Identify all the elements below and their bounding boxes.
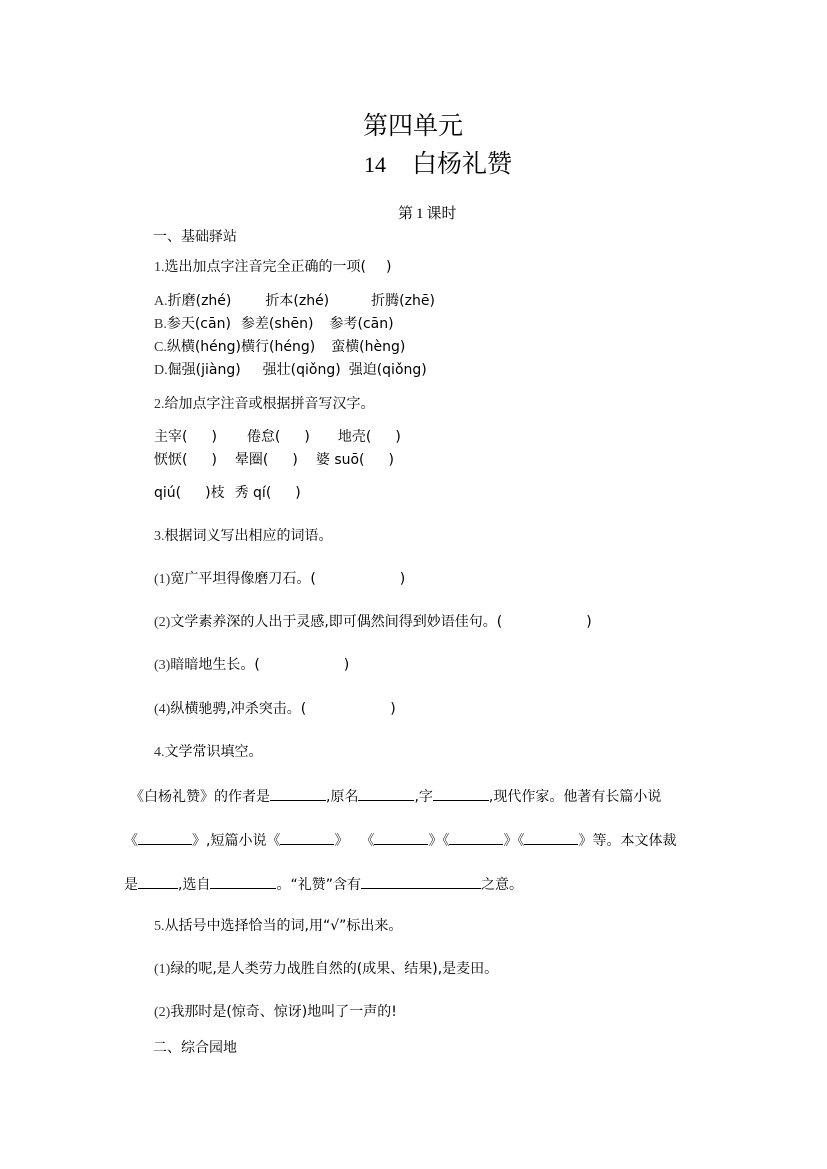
q4-text: 》,短篇小说《	[192, 833, 280, 849]
q2-text: 给加点字注音或根据拼音写汉字。	[165, 396, 375, 412]
q5-item-1: (1)绿的呢,是人类劳力战胜自然的(成果、结果),是麦田。	[154, 960, 498, 979]
q4-text: 是	[124, 877, 138, 893]
q3-item-1: (1)宽广平坦得像磨刀石。()	[154, 570, 405, 589]
item-label: (3)	[154, 658, 170, 673]
option-item: 倔强(jiàng)	[168, 362, 241, 378]
item-label: (2)	[154, 615, 170, 630]
option-item: 参天(cān)	[167, 316, 231, 332]
q2-item: )	[211, 429, 216, 445]
period-suffix: 课时	[427, 204, 457, 222]
lesson-number: 14	[364, 152, 386, 177]
q2-item: 主宰(	[154, 429, 187, 445]
option-label: B.	[154, 317, 167, 332]
period-number: 1	[416, 206, 424, 222]
q4-number: 4.	[154, 745, 165, 760]
q2-row-1: 主宰()倦怠()地壳()	[154, 428, 401, 446]
q1-number: 1.	[154, 260, 165, 275]
q4-text: 。“礼赞”含有	[276, 877, 361, 893]
q5-prompt: 5.从括号中选择恰当的词,用“√”标出来。	[154, 917, 402, 936]
option-label: A.	[154, 294, 168, 309]
q3-item-4: (4)纵横驰骋,冲杀突击。()	[154, 700, 396, 719]
q4-text: 《	[360, 833, 374, 849]
fill-blank[interactable]	[358, 786, 414, 801]
q4-text: ,字	[414, 789, 432, 805]
q4-text: 《白杨礼赞》的作者是	[130, 789, 270, 805]
option-item: 横行(héng)	[241, 339, 315, 355]
q2-item: )	[395, 429, 400, 445]
q4-line-2: 《》,短篇小说《》《》《》《》等。本文体裁	[124, 830, 676, 850]
item-text: 宽广平坦得像磨刀石。(	[170, 571, 315, 587]
q2-item: 秀 qí(	[235, 485, 272, 501]
q1-close: )	[386, 259, 391, 275]
q2-item: 恹恹(	[154, 452, 187, 468]
q3-item-2: (2)文学素养深的人出于灵感,即可偶然间得到妙语佳句。()	[154, 613, 592, 632]
item-label: (2)	[154, 1005, 170, 1020]
option-item: 折磨(zhé)	[168, 293, 232, 309]
q1-option-b: B.参天(cān)参差(shēn)参考(cān)	[154, 315, 394, 334]
item-close: )	[400, 571, 405, 587]
q1-text: 选出加点字注音完全正确的一项(	[165, 259, 366, 275]
q4-text: 》等。本文体裁	[578, 833, 676, 849]
item-text: 纵横驰骋,冲杀突击。(	[170, 701, 306, 717]
option-item: 强迫(qiǒng)	[349, 362, 427, 378]
item-text: 文学素养深的人出于灵感,即可偶然间得到妙语佳句。(	[170, 614, 502, 630]
section-2-title: 二、综合园地	[153, 1037, 237, 1057]
q4-text: 》《	[503, 833, 524, 849]
q1-option-c: C.纵横(héng)横行(héng)蛮横(hèng)	[154, 338, 405, 357]
q5-item-2: (2)我那时是(惊奇、惊讶)地叫了一声的!	[154, 1003, 397, 1022]
item-close: )	[390, 701, 395, 717]
item-label: (4)	[154, 702, 170, 717]
q4-prompt: 4.文学常识填空。	[154, 743, 263, 762]
fill-blank[interactable]	[138, 874, 178, 889]
q5-text: 从括号中选择恰当的词,用“√”标出来。	[165, 918, 403, 934]
option-item: 折腾(zhē)	[371, 293, 435, 309]
item-label: (1)	[154, 962, 170, 977]
option-item: 折本(zhé)	[265, 293, 329, 309]
q2-item: 晕圈(	[235, 452, 268, 468]
fill-blank[interactable]	[270, 786, 326, 801]
q1-option-d: D.倔强(jiàng)强壮(qiǒng)强迫(qiǒng)	[154, 361, 427, 380]
q2-item: )	[295, 485, 300, 501]
q4-text: ,选自	[178, 877, 210, 893]
fill-blank[interactable]	[449, 830, 503, 845]
section-1-title: 一、基础驿站	[153, 226, 237, 246]
q5-number: 5.	[154, 919, 165, 934]
fill-blank[interactable]	[374, 830, 428, 845]
item-close: )	[586, 614, 591, 630]
option-label: C.	[154, 340, 167, 355]
q4-text: ,现代作家。他著有长篇小说	[489, 789, 661, 805]
option-label: D.	[154, 363, 168, 378]
q2-number: 2.	[154, 397, 165, 412]
item-label: (1)	[154, 572, 170, 587]
option-item: 强壮(qiǒng)	[263, 362, 341, 378]
lesson-name: 白杨礼赞	[412, 149, 512, 178]
option-item: 参考(cān)	[330, 316, 394, 332]
fill-blank[interactable]	[280, 830, 334, 845]
option-item: 蛮横(hèng)	[331, 339, 405, 355]
option-item: 纵横(héng)	[167, 339, 241, 355]
lesson-title: 14白杨礼赞	[364, 144, 512, 180]
q4-text: ,原名	[326, 789, 358, 805]
item-text: 暗暗地生长。(	[170, 657, 259, 673]
q4-text: 《	[124, 833, 138, 849]
q2-item: 婆 suō(	[316, 452, 365, 468]
q2-item: qiú(	[154, 485, 181, 501]
q3-prompt: 3.根据词义写出相应的词语。	[154, 527, 333, 546]
fill-blank[interactable]	[138, 830, 192, 845]
unit-title: 第四单元	[363, 106, 463, 142]
q1-option-a: A.折磨(zhé)折本(zhé)折腾(zhē)	[154, 292, 435, 311]
q3-text: 根据词义写出相应的词语。	[165, 528, 333, 544]
q2-item: )	[304, 429, 309, 445]
option-item: 参差(shēn)	[241, 316, 314, 332]
item-close: )	[344, 657, 349, 673]
q2-row-2: 恹恹()晕圈()婆 suō()	[154, 451, 394, 469]
fill-blank[interactable]	[210, 874, 276, 889]
q2-item: 地壳(	[338, 429, 371, 445]
q2-row-3: qiú()枝秀 qí()	[154, 484, 301, 502]
q4-text: 文学常识填空。	[165, 744, 263, 760]
period-label: 第1课时	[398, 202, 457, 223]
q2-item: )枝	[205, 485, 224, 501]
q2-item: )	[211, 452, 216, 468]
fill-blank[interactable]	[361, 874, 481, 889]
fill-blank[interactable]	[433, 786, 489, 801]
q4-line-3: 是,选自。“礼赞”含有之意。	[124, 874, 523, 894]
q4-text: 之意。	[481, 877, 523, 893]
q3-item-3: (3)暗暗地生长。()	[154, 656, 349, 675]
q2-prompt: 2.给加点字注音或根据拼音写汉字。	[154, 395, 375, 414]
q2-item: 倦怠(	[247, 429, 280, 445]
q1-prompt: 1.选出加点字注音完全正确的一项()	[154, 258, 391, 277]
period-prefix: 第	[398, 204, 413, 222]
fill-blank[interactable]	[524, 830, 578, 845]
item-text: 我那时是(惊奇、惊讶)地叫了一声的!	[170, 1004, 397, 1020]
q3-number: 3.	[154, 529, 165, 544]
q4-text: 》	[334, 833, 348, 849]
q4-text: 》《	[428, 833, 449, 849]
q2-item: )	[389, 452, 394, 468]
q4-line-1: 《白杨礼赞》的作者是,原名,字,现代作家。他著有长篇小说	[130, 786, 661, 806]
q2-item: )	[292, 452, 297, 468]
item-text: 绿的呢,是人类劳力战胜自然的(成果、结果),是麦田。	[170, 961, 498, 977]
